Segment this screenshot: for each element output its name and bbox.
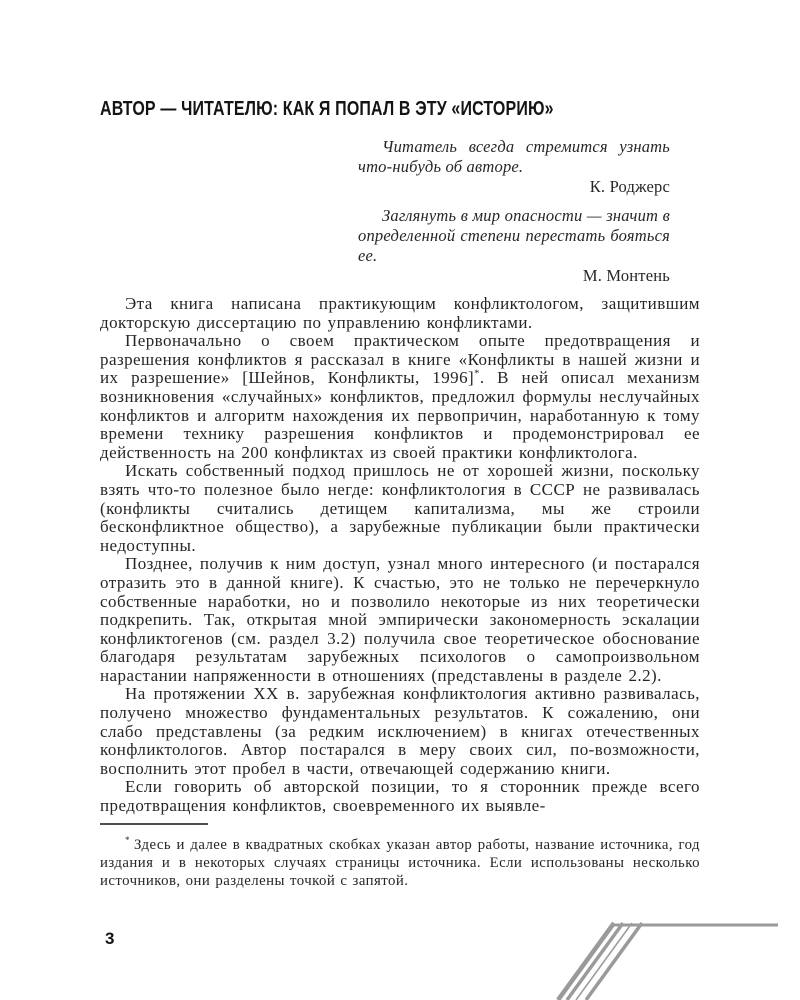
epigraph-2-author: М. Монтень [358, 266, 670, 286]
footnote-marker: * [125, 835, 130, 845]
paragraph-3: Искать собственный подход пришлось не от… [100, 462, 700, 555]
page-number: 3 [105, 929, 114, 949]
paragraph-6: Если говорить об авторской позиции, то я… [100, 778, 700, 815]
page-title-text: АВТОР — ЧИТАТЕЛЮ: КАК Я ПОПАЛ В ЭТУ «ИСТ… [100, 98, 554, 120]
footnote-text: Здесь и далее в квадратных скобках указа… [100, 837, 700, 889]
footnote: *Здесь и далее в квадратных скобках указ… [100, 831, 700, 891]
paragraph-1: Эта книга написана практикующим конфликт… [100, 295, 700, 332]
paragraph-2: Первоначально о своем практическом опыте… [100, 332, 700, 462]
epigraph-2: Заглянуть в мир опасности — значит в опр… [358, 206, 670, 286]
diagonal-lines-ornament [550, 915, 800, 1000]
footnote-area: *Здесь и далее в квадратных скобках указ… [100, 823, 700, 891]
paragraph-4: Позднее, получив к ним доступ, узнал мно… [100, 555, 700, 685]
epigraph-2-text: Заглянуть в мир опасности — значит в опр… [358, 206, 670, 266]
paragraph-5: На протяжении XX в. зарубежная конфликто… [100, 685, 700, 778]
epigraph-1-author: К. Роджерс [358, 177, 670, 197]
book-page: АВТОР — ЧИТАТЕЛЮ: КАК Я ПОПАЛ В ЭТУ «ИСТ… [0, 0, 800, 1000]
epigraph-1: Читатель всегда стремится узнать что-ниб… [358, 137, 670, 197]
body-text: Эта книга написана практикующим конфликт… [100, 295, 700, 816]
footnote-separator-rule [100, 823, 208, 825]
page-title: АВТОР — ЧИТАТЕЛЮ: КАК Я ПОПАЛ В ЭТУ «ИСТ… [100, 98, 700, 120]
epigraph-1-text: Читатель всегда стремится узнать что-ниб… [358, 137, 670, 177]
footer-decoration [550, 915, 800, 1000]
